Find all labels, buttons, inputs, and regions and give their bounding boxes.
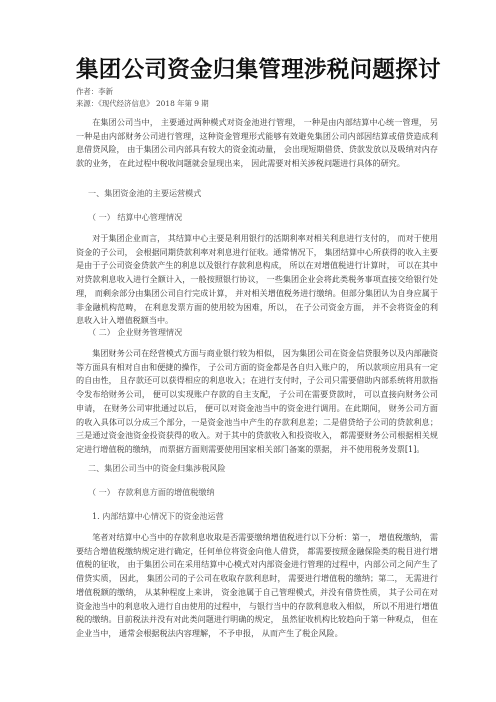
paragraph: 笔者对结算中心当中的存款利息收取是否需要缴纳增值税进行以下分析：第一， 增值税缴… (76, 531, 438, 641)
section-heading-1: 一、集团资金池的主要运营模式 (88, 187, 201, 199)
subsection-heading-1-2: （ 二） 企业财务管理情况 (88, 326, 182, 338)
source-line: 来源：《现代经济信息》 2018 年第 9 期 (76, 99, 209, 109)
paragraph: 对于集团企业而言， 其结算中心主要是利用银行的活期利率对相关利息进行支付的， 而… (76, 232, 438, 328)
document-title: 集团公司资金归集管理涉税问题探讨 (76, 56, 441, 84)
author-name: 李新 (98, 87, 113, 96)
subsection-heading-1-1: （ 一） 结算中心管理情况 (88, 211, 182, 223)
intro-paragraph-block: 在集团公司当中， 主要通过两种模式对资金池进行管理， 一种是由内部结算中心统一管… (76, 116, 438, 171)
source-value: 《现代经济信息》 2018 年第 9 期 (98, 99, 209, 108)
subsection-1-2-body: 集团财务公司在经营模式方面与商业银行较为相似， 因为集团公司在资金信贷服务以及内… (76, 347, 438, 457)
intro-paragraph: 在集团公司当中， 主要通过两种模式对资金池进行管理， 一种是由内部结算中心统一管… (76, 116, 438, 171)
subsection-2-1-body: 笔者对结算中心当中的存款利息收取是否需要缴纳增值税进行以下分析：第一， 增值税缴… (76, 531, 438, 641)
author-label: 作者： (76, 87, 98, 96)
subsection-1-1-body: 对于集团企业而言， 其结算中心主要是利用银行的活期利率对相关利息进行支付的， 而… (76, 232, 438, 328)
section-heading-2: 二、集团公司当中的资金归集涉税风险 (88, 462, 226, 474)
subsection-heading-2-1: （ 一） 存款利息方面的增值税缴纳 (88, 486, 215, 498)
item-heading-2-1-1: 1. 内部结算中心情况下的资金池运营 (92, 510, 224, 522)
source-label: 来源： (76, 99, 98, 108)
paragraph: 集团财务公司在经营模式方面与商业银行较为相似， 因为集团公司在资金信贷服务以及内… (76, 347, 438, 457)
document-page: 集团公司资金归集管理涉税问题探讨 作者：李新 来源：《现代经济信息》 2018 … (0, 0, 496, 702)
author-line: 作者：李新 (76, 87, 113, 97)
